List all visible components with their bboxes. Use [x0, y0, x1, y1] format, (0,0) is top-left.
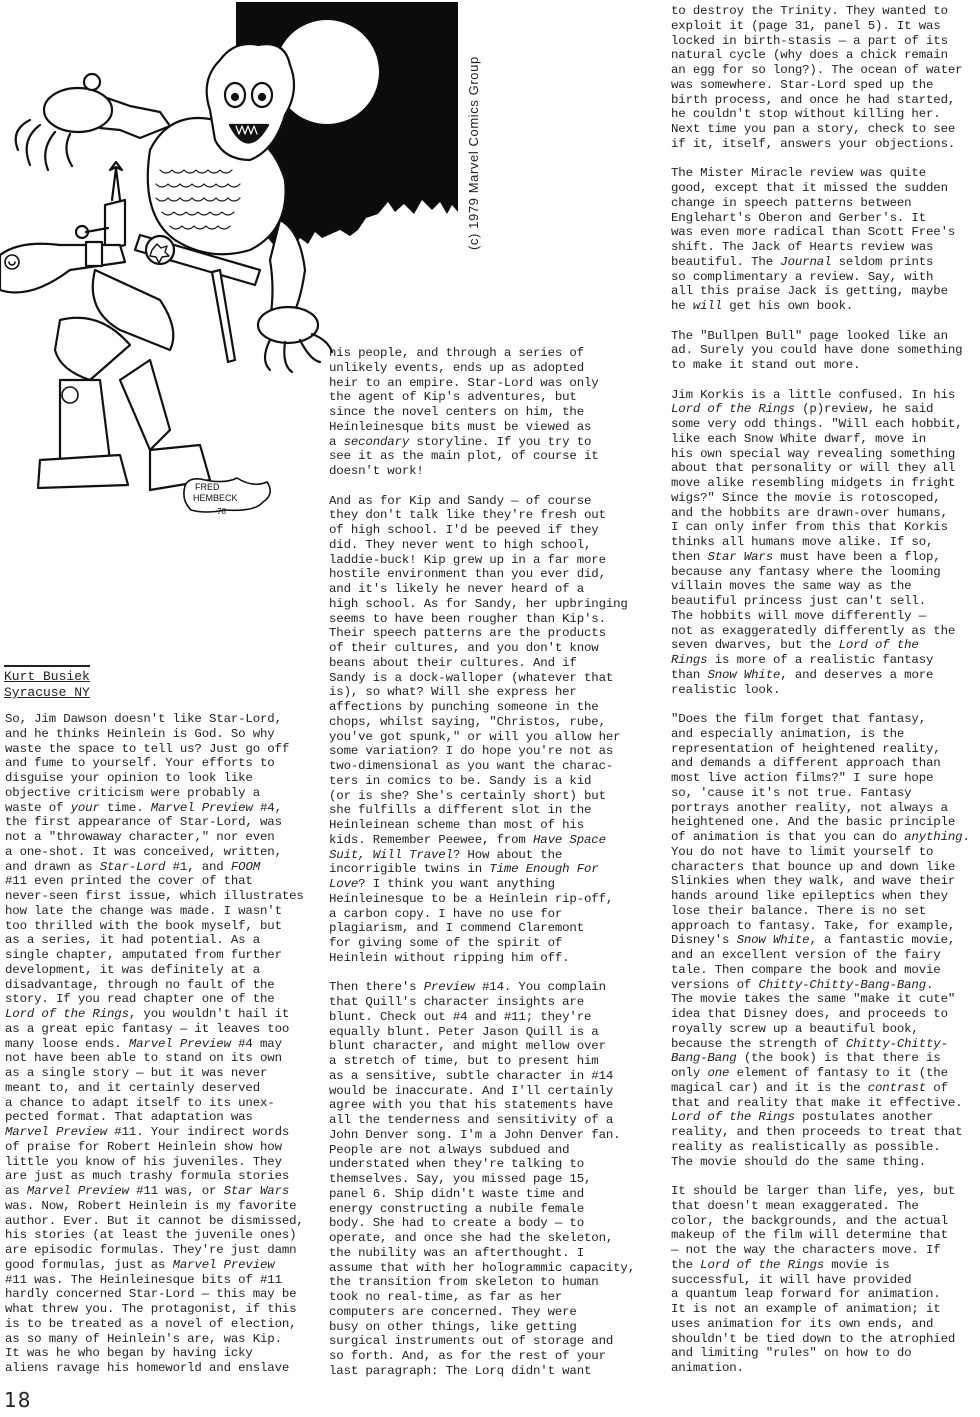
paragraph: "Does the film forget that fantasy, and …: [671, 712, 970, 1169]
text-column-1: So, Jim Dawson doesn't like Star-Lord, a…: [5, 712, 304, 1391]
paragraph: So, Jim Dawson doesn't like Star-Lord, a…: [5, 712, 304, 1376]
artist-signature: FRED HEMBECK 78: [184, 478, 270, 516]
text-column-2: his people, and through a series of unli…: [329, 346, 635, 1393]
paragraph: Then there's Preview #14. You complain t…: [329, 980, 635, 1378]
letter-byline: Kurt Busiek Syracuse NY: [4, 665, 90, 701]
text-column-3: to destroy the Trinity. They wanted to e…: [671, 4, 970, 1391]
author-name: Kurt Busiek: [4, 669, 90, 685]
page-number: 18: [4, 1388, 31, 1412]
copyright-notice: (c) 1979 Marvel Comics Group: [466, 56, 481, 250]
svg-text:FRED: FRED: [195, 482, 220, 492]
paragraph: to destroy the Trinity. They wanted to e…: [671, 4, 970, 152]
paragraph: And as for Kip and Sandy — of course the…: [329, 494, 635, 966]
author-location: Syracuse NY: [4, 685, 90, 701]
svg-text:HEMBECK: HEMBECK: [193, 493, 238, 503]
paragraph: Jim Korkis is a little confused. In his …: [671, 388, 970, 698]
paragraph: his people, and through a series of unli…: [329, 346, 635, 479]
paragraph: The Mister Miracle review was quite good…: [671, 166, 970, 314]
paragraph: The "Bullpen Bull" page looked like an a…: [671, 329, 970, 373]
paragraph: It should be larger than life, yes, but …: [671, 1184, 970, 1376]
svg-text:78: 78: [217, 507, 226, 516]
